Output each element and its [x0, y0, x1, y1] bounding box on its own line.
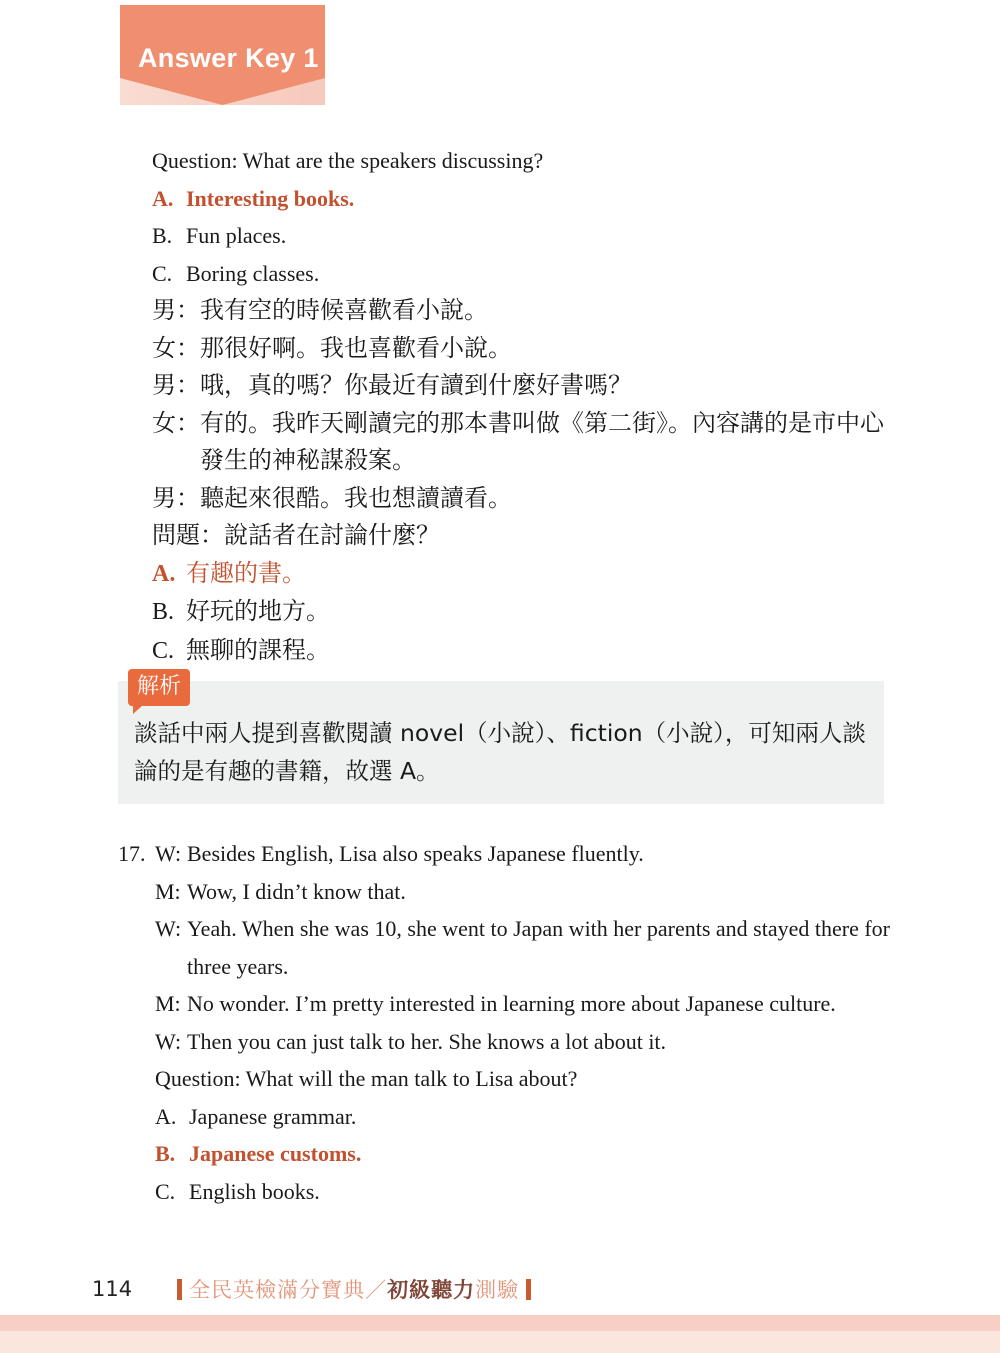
banner-ribbon-point — [120, 78, 325, 105]
question-line: Question: What will the man talk to Lisa… — [155, 1060, 890, 1098]
option-letter: A. — [152, 180, 186, 218]
dialogue-text: Then you can just talk to her. She knows… — [187, 1029, 666, 1054]
option-text: 有趣的書。 — [186, 559, 306, 587]
option-text: Japanese customs. — [189, 1141, 361, 1166]
footer-book-title: 全民英檢滿分寶典／ — [189, 1274, 387, 1304]
dialogue-text: No wonder. I’m pretty interested in lear… — [187, 991, 836, 1016]
speaker-label: 女： — [152, 409, 200, 437]
question-line: Question: What are the speakers discussi… — [152, 142, 885, 180]
bottom-accent-strip-light — [0, 1331, 1000, 1353]
option-letter: C. — [152, 633, 186, 671]
question16-block: Question: What are the speakers discussi… — [152, 142, 885, 670]
dialogue-text: 有的。我昨天剛讀完的那本書叫做《第二街》。內容講的是市中心發生的神秘謀殺案。 — [200, 409, 884, 475]
option-letter: A. — [152, 556, 186, 594]
question-line-zh: 問題：說話者在討論什麼？ — [152, 517, 885, 555]
option-row-c: C.Boring classes. — [152, 255, 885, 293]
option-row-b: B.Japanese customs. — [155, 1135, 890, 1173]
analysis-tag: 解析 — [128, 669, 190, 706]
dialogue-text: 聽起來很酷。我也想讀讀看。 — [200, 484, 512, 512]
item-number: 17. — [118, 835, 155, 1210]
dialogue-line: M:No wonder. I’m pretty interested in le… — [155, 985, 890, 1023]
dialogue-line: 女：有的。我昨天剛讀完的那本書叫做《第二街》。內容講的是市中心發生的神秘謀殺案。 — [152, 405, 885, 480]
dialogue-line: 男：我有空的時候喜歡看小說。 — [152, 292, 885, 330]
option-row-c: C.English books. — [155, 1173, 890, 1211]
footer-bar-icon — [526, 1279, 531, 1300]
speaker-label: 男： — [152, 296, 200, 324]
dialogue-line: W:Besides English, Lisa also speaks Japa… — [155, 835, 890, 873]
speaker-label: W: — [155, 910, 187, 948]
option-text: 好玩的地方。 — [186, 597, 330, 625]
option-row-a: A.Japanese grammar. — [155, 1098, 890, 1136]
speaker-label: M: — [155, 873, 187, 911]
banner-body: Answer Key 1 — [120, 5, 325, 78]
option-row-b-zh: B.好玩的地方。 — [152, 593, 885, 632]
page-footer: 114 全民英檢滿分寶典／ 初級聽力 測驗 — [92, 1274, 538, 1304]
option-text: Fun places. — [186, 223, 286, 248]
dialogue-text: 哦，真的嗎？你最近有讀到什麼好書嗎？ — [200, 371, 632, 399]
banner-title: Answer Key 1 — [138, 43, 319, 74]
footer-section-tail: 測驗 — [475, 1274, 519, 1304]
speaker-label: W: — [155, 835, 187, 873]
option-row-a: A.Interesting books. — [152, 180, 885, 218]
option-letter: A. — [155, 1098, 189, 1136]
option-letter: B. — [155, 1135, 189, 1173]
banner-ribbon-fold — [120, 78, 325, 105]
speaker-label: 男： — [152, 371, 200, 399]
bottom-accent-strip-dark — [0, 1315, 1000, 1331]
question17-block: 17. W:Besides English, Lisa also speaks … — [118, 835, 890, 1210]
option-row-c-zh: C.無聊的課程。 — [152, 632, 885, 671]
footer-section-title: 初級聽力 — [387, 1274, 475, 1304]
footer-bar-icon — [177, 1279, 182, 1300]
option-text: 無聊的課程。 — [186, 636, 330, 664]
speaker-label: W: — [155, 1023, 187, 1061]
dialogue-line: 男：聽起來很酷。我也想讀讀看。 — [152, 480, 885, 518]
item-body: W:Besides English, Lisa also speaks Japa… — [155, 835, 890, 1210]
answer-key-banner: Answer Key 1 — [120, 5, 325, 105]
dialogue-line: W:Then you can just talk to her. She kno… — [155, 1023, 890, 1061]
option-letter: B. — [152, 217, 186, 255]
dialogue-line: 男：哦，真的嗎？你最近有讀到什麼好書嗎？ — [152, 367, 885, 405]
dialogue-line: 女：那很好啊。我也喜歡看小說。 — [152, 330, 885, 368]
option-letter: B. — [152, 594, 186, 632]
option-row-a-zh: A.有趣的書。 — [152, 555, 885, 594]
analysis-box: 解析 談話中兩人提到喜歡閱讀 novel（小說）、fiction（小說），可知兩… — [118, 681, 884, 804]
dialogue-text: 我有空的時候喜歡看小說。 — [200, 296, 488, 324]
page-number: 114 — [92, 1277, 132, 1301]
option-letter: C. — [155, 1173, 189, 1211]
book-page: Answer Key 1 Question: What are the spea… — [0, 0, 1000, 1353]
analysis-text: 談話中兩人提到喜歡閱讀 novel（小說）、fiction（小說），可知兩人談論… — [134, 714, 868, 790]
option-text: Boring classes. — [186, 261, 319, 286]
dialogue-text: Besides English, Lisa also speaks Japane… — [187, 841, 644, 866]
option-text: Japanese grammar. — [189, 1104, 356, 1129]
dialogue-text: 那很好啊。我也喜歡看小說。 — [200, 334, 512, 362]
option-letter: C. — [152, 255, 186, 293]
speaker-label: 男： — [152, 484, 200, 512]
dialogue-text: Wow, I didn’t know that. — [187, 879, 406, 904]
option-text: Interesting books. — [186, 186, 354, 211]
speaker-label: 女： — [152, 334, 200, 362]
option-row-b: B.Fun places. — [152, 217, 885, 255]
dialogue-line: M:Wow, I didn’t know that. — [155, 873, 890, 911]
speaker-label: M: — [155, 985, 187, 1023]
dialogue-line: W:Yeah. When she was 10, she went to Jap… — [155, 910, 890, 985]
option-text: English books. — [189, 1179, 320, 1204]
dialogue-text: Yeah. When she was 10, she went to Japan… — [187, 916, 890, 979]
